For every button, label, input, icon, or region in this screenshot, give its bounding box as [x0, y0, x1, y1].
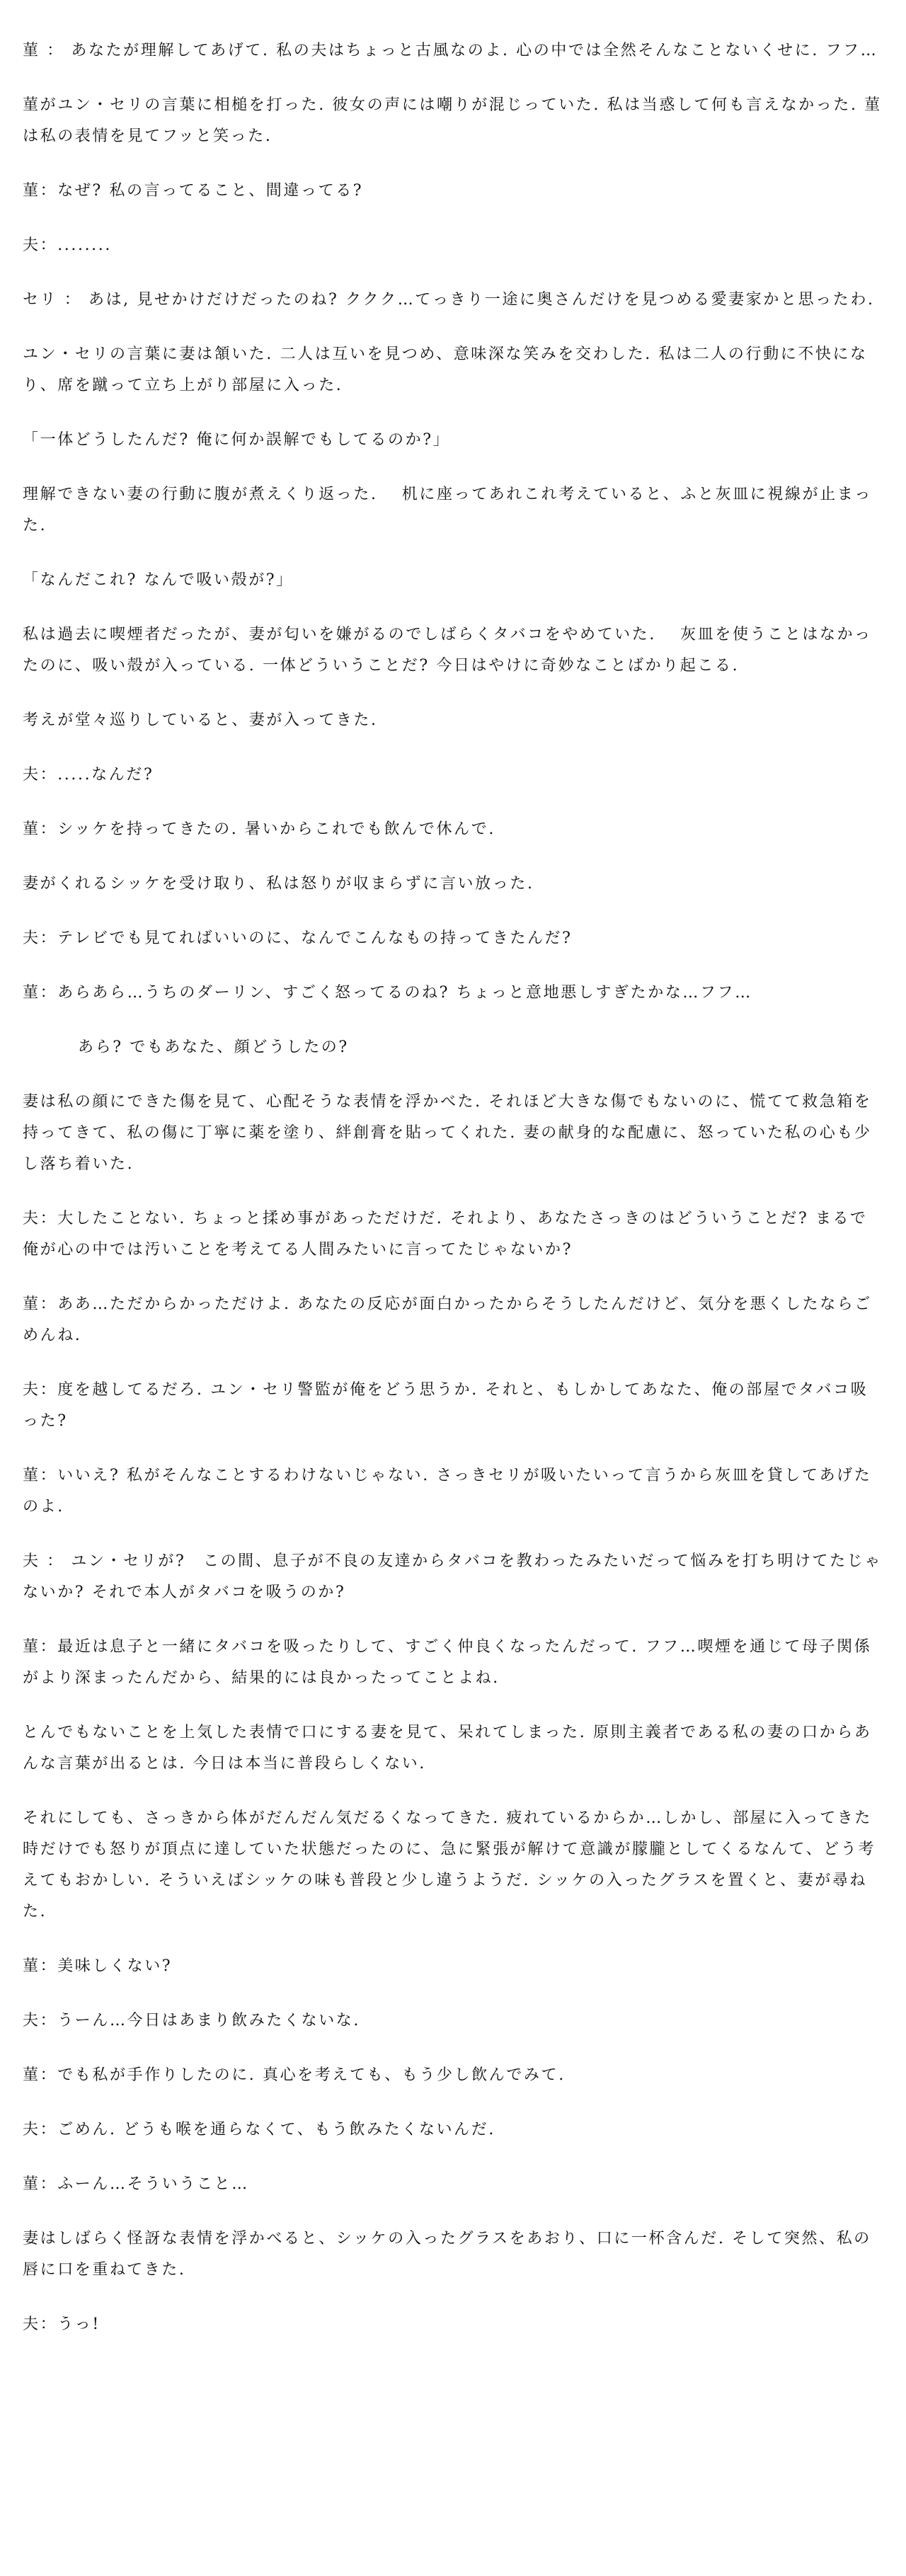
dialogue-paragraph: 夫：うーん…今日はあまり飲みたくないな. [23, 2005, 883, 2037]
dialogue-paragraph: 菫 ： あなたが理解してあげて. 私の夫はちょっと古風なのよ. 心の中では全然そ… [23, 35, 883, 67]
dialogue-paragraph: 菫：いいえ? 私がそんなことするわけないじゃない. さっきセリが吸いたいって言う… [23, 1460, 883, 1523]
dialogue-paragraph: 夫：テレビでも見てればいいのに、なんでこんなもの持ってきたんだ? [23, 923, 883, 954]
dialogue-paragraph: 夫 ： ユン・セリが? この間、息子が不良の友達からタバコを教わったみたいだって… [23, 1546, 883, 1608]
monologue-paragraph: 「なんだこれ? なんで吸い殻が?」 [23, 565, 883, 596]
narration-paragraph: それにしても、さっきから体がだんだん気だるくなってきた. 疲れているからか…しか… [23, 1803, 883, 1928]
monologue-paragraph: 「一体どうしたんだ? 俺に何か誤解でもしてるのか?」 [23, 425, 883, 456]
narration-paragraph: 妻がくれるシッケを受け取り、私は怒りが収まらずに言い放った. [23, 869, 883, 900]
narration-paragraph: 菫がユン・セリの言葉に相槌を打った. 彼女の声には嘲りが混じっていた. 私は当惑… [23, 90, 883, 152]
dialogue-paragraph: 夫：うっ! [23, 2309, 883, 2340]
dialogue-paragraph: 菫：ああ…ただからかっただけよ. あなたの反応が面白かったからそうしたんだけど、… [23, 1289, 883, 1351]
dialogue-paragraph: 夫：大したことない. ちょっと揉め事があっただけだ. それより、あなたさっきのは… [23, 1203, 883, 1266]
dialogue-paragraph: 夫：度を越してるだろ. ユン・セリ警監が俺をどう思うか. それと、もしかしてあな… [23, 1375, 883, 1437]
narration-paragraph: ユン・セリの言葉に妻は頷いた. 二人は互いを見つめ、意味深な笑みを交わした. 私… [23, 339, 883, 401]
dialogue-paragraph: 夫：........ [23, 230, 883, 261]
dialogue-paragraph: 夫：ごめん. どうも喉を通らなくて、もう飲みたくないんだ. [23, 2114, 883, 2146]
narration-paragraph: とんでもないことを上気した表情で口にする妻を見て、呆れてしまった. 原則主義者で… [23, 1717, 883, 1780]
dialogue-paragraph: 夫：.....なんだ? [23, 760, 883, 791]
dialogue-paragraph: セリ ： あは, 見せかけだけだったのね? ククク…てっきり一途に奥さんだけを見… [23, 285, 883, 316]
dialogue-paragraph: 菫：あらあら…うちのダーリン、すごく怒ってるのね? ちょっと意地悪しすぎたかな…… [23, 978, 883, 1009]
narration-paragraph: 妻は私の顔にできた傷を見て、心配そうな表情を浮かべた. それほど大きな傷でもない… [23, 1087, 883, 1180]
narration-paragraph: 妻はしばらく怪訝な表情を浮かべると、シッケの入ったグラスをあおり、口に一杯含んだ… [23, 2223, 883, 2286]
dialogue-paragraph: 菫：シッケを持ってきたの. 暑いからこれでも飲んで休んで. [23, 814, 883, 845]
document-page: 菫 ： あなたが理解してあげて. 私の夫はちょっと古風なのよ. 心の中では全然そ… [0, 0, 906, 2406]
dialogue-paragraph: 菫：美味しくない? [23, 1951, 883, 1982]
narration-paragraph: 私は過去に喫煙者だったが、妻が匂いを嫌がるのでしばらくタバコをやめていた. 灰皿… [23, 619, 883, 682]
dialogue-paragraph: 菫：最近は息子と一緒にタバコを吸ったりして、すごく仲良くなったんだって. フフ…… [23, 1632, 883, 1694]
dialogue-paragraph: 菫：でも私が手作りしたのに. 真心を考えても、もう少し飲んでみて. [23, 2060, 883, 2091]
dialogue-paragraph: 菫：ふーん…そういうこと… [23, 2169, 883, 2200]
dialogue-continued-paragraph: あら? でもあなた、顔どうしたの? [23, 1032, 883, 1063]
narration-paragraph: 理解できない妻の行動に腹が煮えくり返った. 机に座ってあれこれ考えていると、ふと… [23, 479, 883, 542]
narration-paragraph: 考えが堂々巡りしていると、妻が入ってきた. [23, 705, 883, 736]
dialogue-paragraph: 菫：なぜ? 私の言ってること、間違ってる? [23, 176, 883, 207]
